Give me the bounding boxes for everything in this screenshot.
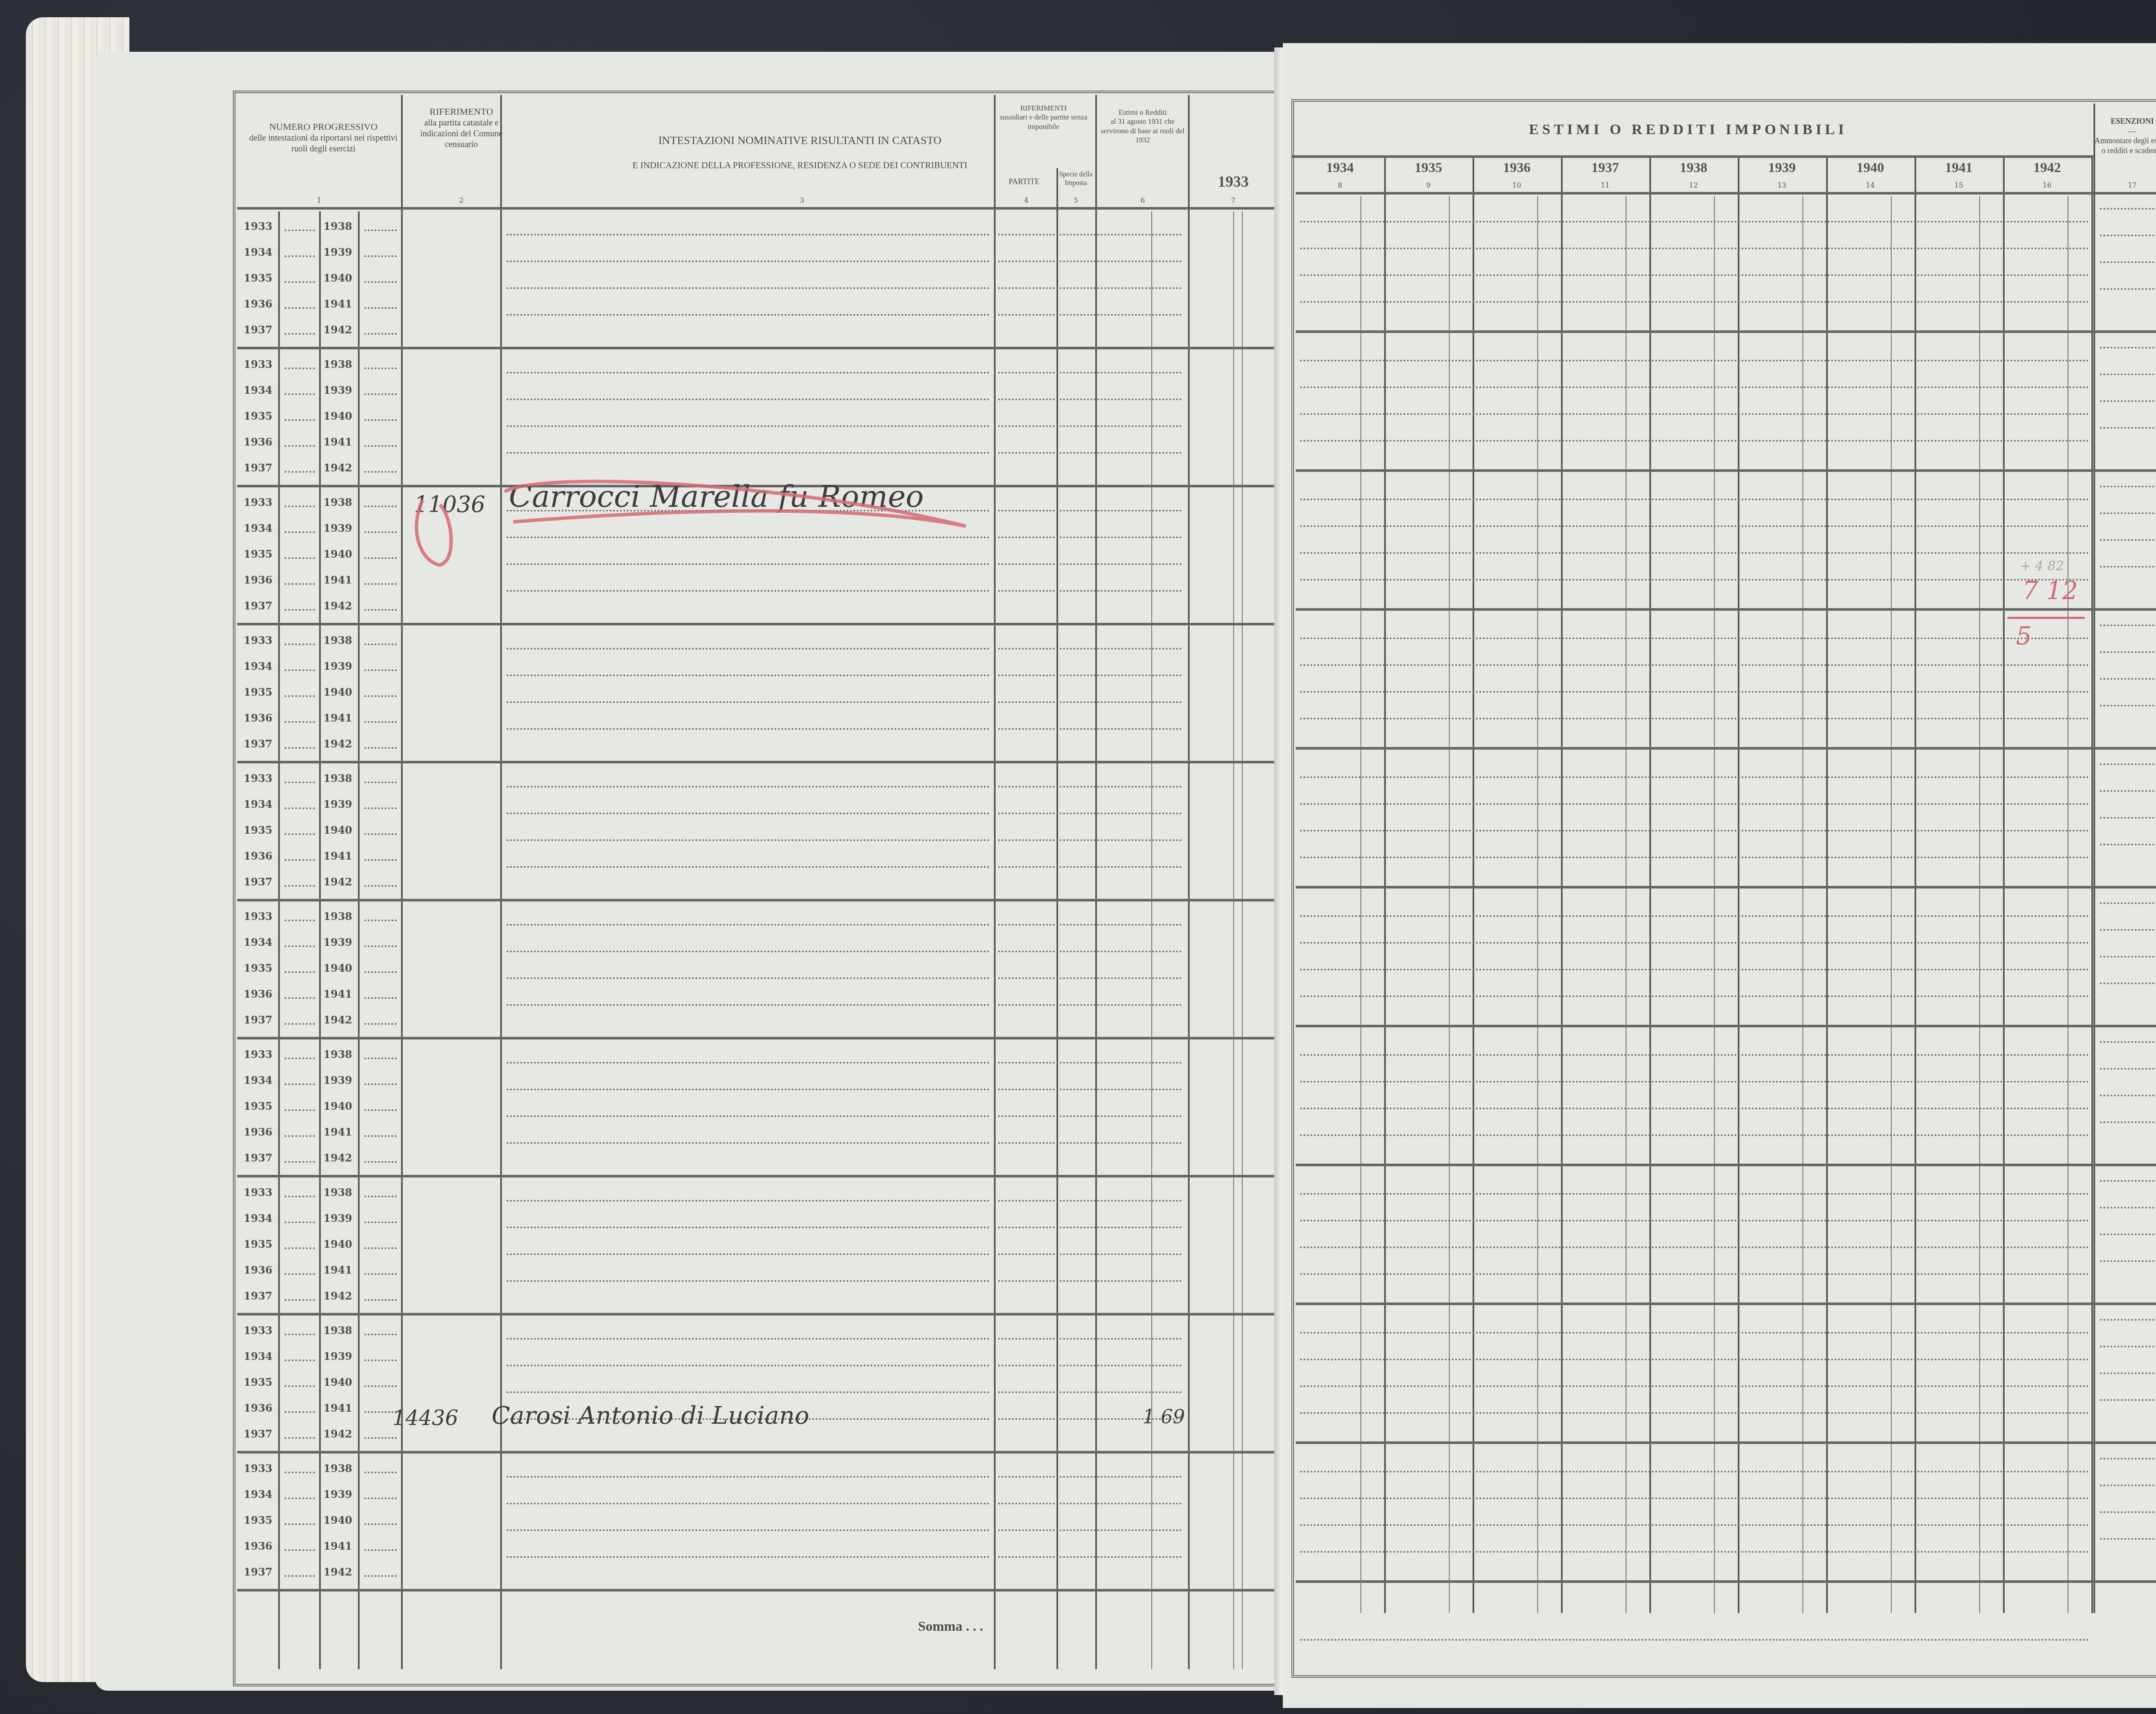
year-label: 1941 <box>323 298 352 310</box>
col6-title: Estimi o Redditi <box>1100 108 1186 117</box>
year-label: 1941 <box>323 712 352 724</box>
grid-line <box>1188 95 1190 1669</box>
grid-line <box>1891 196 1892 1613</box>
dotted-line <box>2100 1121 2156 1123</box>
year-label: 1937 <box>244 323 273 336</box>
dotted-line <box>285 669 315 671</box>
year-header-1942: 1942 <box>2003 160 2091 176</box>
year-label: 1933 <box>244 634 273 647</box>
row-block-divider <box>1296 1303 2156 1305</box>
dotted-line <box>998 1142 1181 1144</box>
dotted-line <box>2100 956 2156 957</box>
year-label: 1940 <box>323 1100 352 1112</box>
year-label: 1935 <box>244 548 273 560</box>
dotted-line <box>285 1135 315 1137</box>
col7-year-1933: 1933 <box>1190 173 1276 191</box>
dotted-line <box>1300 691 2089 693</box>
row-block-divider <box>237 623 1281 625</box>
header-divider <box>237 207 1281 210</box>
year-label: 1937 <box>244 1566 273 1578</box>
grid-line <box>1384 157 1386 1613</box>
year-label: 1942 <box>323 600 352 612</box>
dotted-line <box>2100 400 2156 402</box>
dotted-line <box>364 859 397 861</box>
dotted-line <box>2100 929 2156 931</box>
year-label: 1938 <box>323 358 352 370</box>
dotted-line <box>285 1109 315 1111</box>
dotted-line <box>1300 857 2089 858</box>
dotted-line <box>285 1221 315 1223</box>
col1-title: NUMERO PROGRESSIVO <box>241 121 405 133</box>
name-dotted-line <box>507 924 990 926</box>
year-label: 1940 <box>323 824 352 836</box>
col-number-9: 9 <box>1384 181 1473 189</box>
exemptions-header: ESENZIONI — Ammontare degli estimi o red… <box>2093 116 2156 155</box>
dotted-line <box>364 609 397 611</box>
year-label: 1942 <box>323 1566 352 1578</box>
grid-line <box>319 211 321 1669</box>
dotted-line <box>364 1497 397 1499</box>
row-block-divider <box>237 1037 1281 1039</box>
entry-9-ref: 14436 <box>392 1406 458 1430</box>
year-label: 1934 <box>244 1074 273 1086</box>
dotted-line <box>364 997 397 999</box>
name-dotted-line <box>507 399 990 400</box>
dotted-line <box>364 333 397 335</box>
dotted-line <box>1300 386 2089 388</box>
dotted-line <box>285 557 315 559</box>
year-label: 1936 <box>244 712 273 724</box>
name-dotted-line <box>507 813 990 814</box>
name-dotted-line <box>507 977 990 979</box>
dotted-line <box>285 505 315 507</box>
dotted-line <box>364 807 397 809</box>
left-table-frame <box>233 91 1285 1686</box>
year-label: 1940 <box>323 1376 352 1388</box>
entry-9-estimate: 1 69 <box>1143 1406 1185 1428</box>
year-label: 1935 <box>244 1238 273 1250</box>
year-label: 1938 <box>323 1324 352 1337</box>
name-dotted-line <box>507 1115 990 1117</box>
name-dotted-line <box>507 1004 990 1006</box>
row-block-divider <box>1296 1164 2156 1166</box>
grid-line <box>1151 211 1152 1669</box>
name-dotted-line <box>507 1142 990 1144</box>
col6-subtitle: al 31 agosto 1931 che servirono di base … <box>1100 117 1186 144</box>
dotted-line <box>364 557 397 559</box>
dotted-line <box>2100 374 2156 375</box>
year-label: 1937 <box>244 738 273 750</box>
year-label: 1937 <box>244 461 273 474</box>
year-label: 1937 <box>244 600 273 612</box>
dotted-line <box>2100 983 2156 984</box>
year-label: 1936 <box>244 1540 273 1552</box>
dotted-line <box>998 1004 1181 1006</box>
row-block-divider <box>1296 1580 2156 1583</box>
dotted-line <box>1300 274 2089 276</box>
dotted-line <box>998 924 1181 926</box>
col-number-4: 4 <box>1018 196 1035 204</box>
dotted-line <box>1300 1524 2089 1526</box>
dotted-line <box>998 372 1181 374</box>
grid-line <box>358 211 360 1669</box>
dotted-line <box>1300 1385 2089 1387</box>
dotted-line <box>285 1575 315 1577</box>
dotted-line <box>364 920 397 921</box>
dotted-line <box>285 1472 315 1473</box>
year-label: 1933 <box>244 1324 273 1337</box>
year-label: 1941 <box>323 1126 352 1138</box>
year-label: 1934 <box>244 1212 273 1224</box>
year-label: 1936 <box>244 850 273 862</box>
col-number-11: 11 <box>1561 181 1649 189</box>
year-label: 1938 <box>323 220 352 232</box>
dotted-line <box>2100 1068 2156 1070</box>
col3-title: INTESTAZIONI NOMINATIVE RISULTANTI IN CA… <box>526 134 1074 148</box>
year-label: 1935 <box>244 686 273 698</box>
entry-9-name: Carosi Antonio di Luciano <box>492 1402 809 1430</box>
dotted-line <box>285 747 315 749</box>
dotted-line <box>2100 261 2156 263</box>
dotted-line <box>364 747 397 749</box>
dotted-line <box>364 307 397 309</box>
dotted-line <box>2100 1319 2156 1321</box>
name-dotted-line <box>507 261 990 262</box>
dotted-line <box>998 287 1181 289</box>
dotted-line <box>1300 1081 2089 1083</box>
dotted-line <box>998 1227 1181 1228</box>
col-number-12: 12 <box>1649 181 1738 189</box>
dotted-line <box>2100 347 2156 348</box>
dotted-line <box>364 644 397 645</box>
dotted-line <box>285 1247 315 1249</box>
name-dotted-line <box>507 728 990 730</box>
dotted-line <box>2100 705 2156 706</box>
year-label: 1936 <box>244 436 273 448</box>
dotted-line <box>998 675 1181 676</box>
year-label: 1942 <box>323 1290 352 1302</box>
dotted-line <box>285 1497 315 1499</box>
dotted-line <box>285 307 315 309</box>
right-table-frame <box>1291 99 2156 1678</box>
dotted-line <box>285 1523 315 1525</box>
row-block-divider <box>1296 1025 2156 1027</box>
dotted-line <box>364 1437 397 1439</box>
dotted-line <box>285 229 315 231</box>
name-dotted-line <box>507 786 990 788</box>
dotted-line <box>2100 1207 2156 1209</box>
dotted-line <box>285 721 315 723</box>
dotted-line <box>1300 1332 2089 1334</box>
dotted-line <box>1300 1273 2089 1275</box>
col-number-13: 13 <box>1738 181 1826 189</box>
year-label: 1937 <box>244 1290 273 1302</box>
dotted-line <box>364 695 397 697</box>
dotted-line <box>998 1476 1181 1478</box>
dotted-line <box>2100 817 2156 819</box>
col1-header: NUMERO PROGRESSIVO delle intestazioni da… <box>241 121 405 154</box>
year-label: 1940 <box>323 686 352 698</box>
name-dotted-line <box>507 314 990 316</box>
dotted-line <box>2100 1372 2156 1374</box>
row-block-divider <box>237 761 1281 763</box>
dotted-line <box>364 583 397 585</box>
red-amount: 7 12 <box>2022 576 2078 605</box>
dotted-line <box>1300 360 2089 361</box>
name-dotted-line <box>507 1062 990 1064</box>
dotted-line <box>364 419 397 421</box>
dotted-line <box>364 1523 397 1525</box>
dotted-line <box>1300 1471 2089 1472</box>
dotted-line <box>1300 1497 2089 1499</box>
dotted-line <box>2100 1346 2156 1347</box>
exemptions-title: ESENZIONI <box>2093 116 2156 126</box>
dotted-line <box>998 1365 1181 1366</box>
year-header-1939: 1939 <box>1738 160 1826 176</box>
year-label: 1939 <box>323 1350 352 1362</box>
dotted-line <box>1300 776 2089 778</box>
year-label: 1938 <box>323 634 352 647</box>
col-number-7: 7 <box>1225 196 1242 204</box>
year-label: 1939 <box>323 522 352 534</box>
year-label: 1942 <box>323 1152 352 1164</box>
year-label: 1942 <box>323 876 352 888</box>
name-dotted-line <box>507 425 990 427</box>
year-label: 1936 <box>244 1264 273 1276</box>
col2-subtitle: alla partita catastale e indicazioni del… <box>410 118 513 150</box>
dotted-line <box>364 1299 397 1301</box>
grid-line <box>1626 196 1626 1613</box>
dotted-line <box>2100 566 2156 568</box>
year-label: 1940 <box>323 962 352 974</box>
dotted-line <box>998 951 1181 952</box>
grid-line <box>1802 196 1803 1613</box>
dotted-line <box>285 583 315 585</box>
dotted-line <box>364 1273 397 1275</box>
dotted-line <box>998 1200 1181 1202</box>
exemptions-dash: — <box>2093 126 2156 136</box>
dotted-line <box>285 281 315 283</box>
year-label: 1936 <box>244 574 273 586</box>
year-label: 1936 <box>244 298 273 310</box>
dotted-line <box>1300 969 2089 970</box>
dotted-line <box>2100 208 2156 210</box>
dotted-line <box>364 1083 397 1085</box>
year-label: 1942 <box>323 1014 352 1026</box>
col-number-8: 8 <box>1296 181 1384 189</box>
year-label: 1937 <box>244 1428 273 1440</box>
dotted-line <box>998 1115 1181 1117</box>
grid-line <box>2068 196 2068 1613</box>
name-dotted-line <box>507 701 990 703</box>
exemptions-subtitle: Ammontare degli estimi o redditi e scade… <box>2093 136 2156 155</box>
grid-line <box>1095 95 1097 1669</box>
dotted-line <box>2100 1458 2156 1460</box>
dotted-line <box>1300 525 2089 527</box>
grid-line <box>278 211 280 1669</box>
dotted-line <box>364 505 397 507</box>
dotted-line <box>285 445 315 447</box>
name-dotted-line <box>507 951 990 952</box>
name-dotted-line <box>507 839 990 841</box>
dotted-line <box>285 971 315 973</box>
grid-line <box>1473 157 1474 1613</box>
grid-line <box>2003 157 2005 1613</box>
dotted-line <box>285 859 315 861</box>
year-label: 1938 <box>323 1462 352 1475</box>
year-label: 1936 <box>244 1402 273 1414</box>
year-label: 1935 <box>244 410 273 422</box>
year-label: 1940 <box>323 272 352 284</box>
dotted-line <box>1300 942 2089 944</box>
dotted-line <box>1300 995 2089 997</box>
dotted-line <box>2100 1260 2156 1262</box>
grid-line <box>1537 196 1538 1613</box>
dotted-line <box>1300 664 2089 666</box>
dotted-line <box>285 393 315 395</box>
dotted-line <box>2100 427 2156 429</box>
year-label: 1933 <box>244 220 273 232</box>
dotted-line <box>285 833 315 835</box>
dotted-line <box>1300 637 2089 639</box>
year-label: 1939 <box>323 246 352 258</box>
dotted-line <box>2100 902 2156 904</box>
name-dotted-line <box>507 1391 990 1393</box>
dotted-line <box>1300 1054 2089 1056</box>
year-label: 1940 <box>323 548 352 560</box>
year-label: 1934 <box>244 660 273 672</box>
year-label: 1942 <box>323 461 352 474</box>
year-label: 1935 <box>244 962 273 974</box>
grid-line <box>2091 157 2093 1613</box>
col-number-5: 5 <box>1067 196 1084 204</box>
dotted-line <box>1300 1551 2089 1553</box>
dotted-line <box>364 1058 397 1059</box>
form-code: Mod. 111 - Imposte Dirette (Intercalare)… <box>2119 78 2156 88</box>
name-dotted-line <box>507 1227 990 1228</box>
dotted-line <box>285 1058 315 1059</box>
row-block-divider <box>1296 469 2156 472</box>
grid-line <box>1915 157 1916 1613</box>
year-header-1934: 1934 <box>1296 160 1384 176</box>
name-dotted-line <box>507 590 990 592</box>
name-dotted-line <box>507 1338 990 1340</box>
year-header-1940: 1940 <box>1826 160 1915 176</box>
year-label: 1942 <box>323 1428 352 1440</box>
year-label: 1933 <box>244 772 273 785</box>
name-dotted-line <box>507 1556 990 1558</box>
dotted-line <box>364 255 397 257</box>
dotted-line <box>998 234 1181 235</box>
year-label: 1940 <box>323 1514 352 1526</box>
year-label: 1938 <box>323 772 352 785</box>
grid-line <box>1738 157 1739 1613</box>
year-label: 1939 <box>323 936 352 948</box>
grid-line <box>1826 157 1828 1613</box>
year-label: 1933 <box>244 1462 273 1475</box>
dotted-line <box>2100 1485 2156 1486</box>
dotted-line <box>998 1503 1181 1504</box>
year-label: 1939 <box>323 798 352 810</box>
year-label: 1935 <box>244 824 273 836</box>
name-dotted-line <box>507 372 990 374</box>
year-label: 1939 <box>323 1488 352 1501</box>
dotted-line <box>2100 1538 2156 1540</box>
year-label: 1941 <box>323 850 352 862</box>
year-label: 1939 <box>323 384 352 396</box>
dotted-line <box>1300 803 2089 805</box>
year-label: 1938 <box>323 1048 352 1061</box>
grid-line <box>401 95 403 1669</box>
name-dotted-line <box>507 1280 990 1282</box>
name-dotted-line <box>507 1529 990 1531</box>
col-number-14: 14 <box>1826 181 1915 189</box>
col-number-17: 17 <box>2124 181 2141 189</box>
section-title: ESTIMI O REDDITI IMPONIBILI <box>1386 121 1990 139</box>
row-block-divider <box>1296 330 2156 333</box>
dotted-line <box>998 728 1181 730</box>
col5-title: Specie della Imposta <box>1056 170 1095 188</box>
col6-header: Estimi o Redditi al 31 agosto 1931 che s… <box>1100 108 1186 144</box>
dotted-line <box>364 1359 397 1361</box>
dotted-line <box>998 1280 1181 1282</box>
dotted-line <box>1300 830 2089 832</box>
dotted-line <box>2100 235 2156 236</box>
dotted-line <box>364 1549 397 1551</box>
dotted-line <box>998 648 1181 650</box>
dotted-line <box>285 1437 315 1439</box>
row-block-divider <box>237 1589 1281 1592</box>
dotted-line <box>1300 440 2089 442</box>
name-dotted-line <box>507 1089 990 1090</box>
dotted-line <box>998 1391 1181 1393</box>
dotted-line <box>998 314 1181 316</box>
name-dotted-line <box>507 675 990 676</box>
name-dotted-line <box>507 1200 990 1202</box>
dotted-line <box>364 1575 397 1577</box>
dotted-line <box>364 1385 397 1387</box>
dotted-line <box>998 813 1181 814</box>
year-label: 1933 <box>244 1048 273 1061</box>
year-label: 1936 <box>244 1126 273 1138</box>
dotted-line <box>285 1334 315 1335</box>
year-label: 1934 <box>244 798 273 810</box>
name-dotted-line <box>507 287 990 289</box>
dotted-line <box>998 261 1181 262</box>
dotted-line <box>998 452 1181 454</box>
name-dotted-line <box>507 648 990 650</box>
dotted-line <box>2100 1234 2156 1235</box>
dotted-line <box>2100 512 2156 514</box>
dotted-line <box>285 885 315 887</box>
dotted-line <box>285 1411 315 1413</box>
year-header-1938: 1938 <box>1649 160 1738 176</box>
dotted-line <box>285 1083 315 1085</box>
col-number-3: 3 <box>793 196 811 204</box>
grid-line <box>994 95 996 1669</box>
col-number-2: 2 <box>453 196 470 204</box>
col45-header: RIFERIMENTI sussidiari e delle partite s… <box>996 104 1091 131</box>
dotted-line <box>2100 1511 2156 1513</box>
dotted-line <box>364 1334 397 1335</box>
year-label: 1937 <box>244 1014 273 1026</box>
dotted-line <box>364 669 397 671</box>
dotted-line <box>364 1161 397 1163</box>
dotted-line <box>1300 1134 2089 1136</box>
dotted-line <box>2100 790 2156 792</box>
col-number-1: 1 <box>310 196 328 204</box>
name-dotted-line <box>507 1476 990 1478</box>
